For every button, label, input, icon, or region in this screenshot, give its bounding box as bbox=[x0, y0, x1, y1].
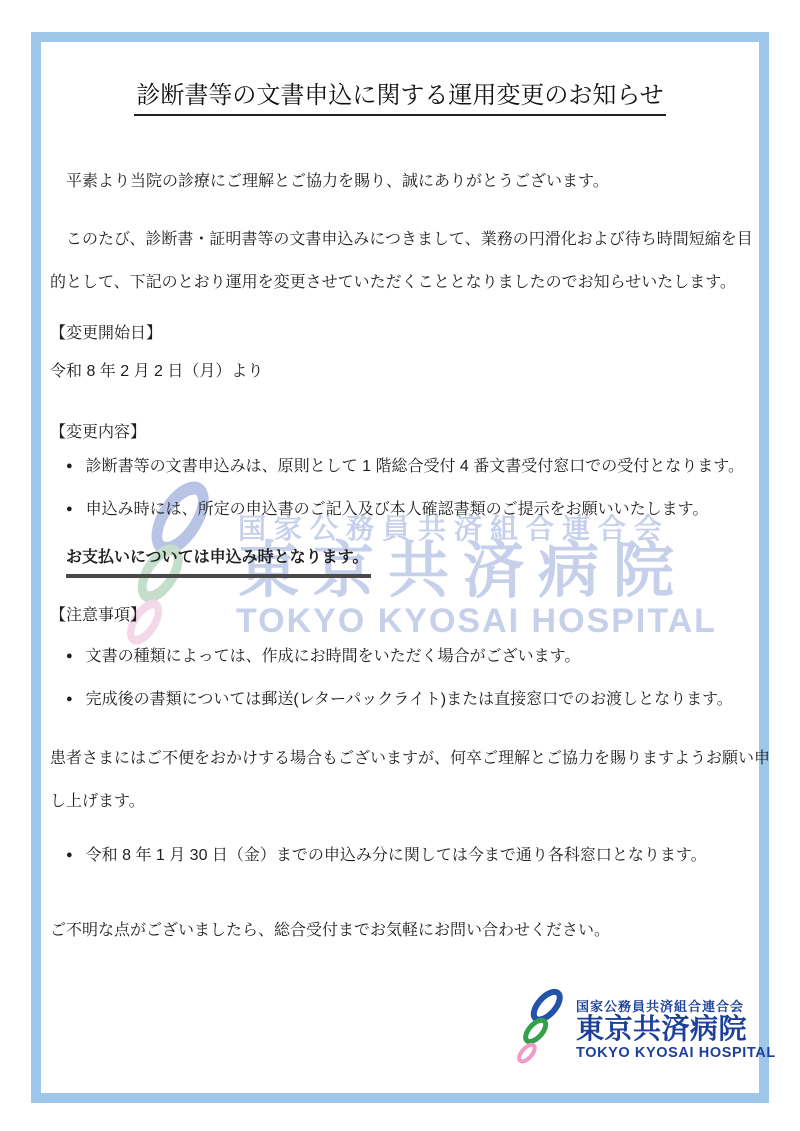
intro-paragraph: このたび、診断書・証明書等の文書申込みにつきまして、業務の円滑化および待ち時間短… bbox=[50, 218, 775, 304]
start-date-text: 令和 8 年 2 月 2 日（月）より bbox=[50, 350, 263, 393]
logo-hospital-name-jp: 東京共済病院 bbox=[576, 1015, 776, 1043]
bullet-icon: ● bbox=[66, 678, 73, 721]
greeting-paragraph: 平素より当院の診療にご理解とご協力を賜り、誠にありがとうございます。 bbox=[50, 160, 775, 203]
section-heading-notes: 【注意事項】 bbox=[50, 594, 146, 637]
logo-mark-icon bbox=[511, 987, 569, 1069]
change-item: ● 申込み時には、所定の申込書のご記入及び本人確認書類のご提示をお願いいたします… bbox=[66, 488, 766, 531]
prior-applications-item: ● 令和 8 年 1 月 30 日（金）までの申込み分に関しては今まで通り各科窓… bbox=[66, 834, 766, 877]
contact-paragraph: ご不明な点がございましたら、総合受付までお気軽にお問い合わせください。 bbox=[50, 909, 610, 952]
bullet-icon: ● bbox=[66, 488, 73, 531]
logo-text-block: 国家公務員共済組合連合会 東京共済病院 TOKYO KYOSAI HOSPITA… bbox=[576, 987, 776, 1069]
logo-organization: 国家公務員共済組合連合会 bbox=[576, 1000, 776, 1014]
hospital-logo: 国家公務員共済組合連合会 東京共済病院 TOKYO KYOSAI HOSPITA… bbox=[511, 987, 776, 1069]
bullet-icon: ● bbox=[66, 635, 73, 678]
prior-applications-text: 令和 8 年 1 月 30 日（金）までの申込み分に関しては今まで通り各科窓口と… bbox=[86, 834, 707, 877]
notice-page: 国家公務員共済組合連合会 東京共済病院 TOKYO KYOSAI HOSPITA… bbox=[0, 0, 800, 1131]
note-item-text: 完成後の書類については郵送(レターパックライト)または直接窓口でのお渡しとなりま… bbox=[86, 678, 733, 721]
note-item-text: 文書の種類によっては、作成にお時間をいただく場合がございます。 bbox=[86, 635, 581, 678]
bullet-icon: ● bbox=[66, 834, 73, 877]
apology-paragraph: 患者さまにはご不便をおかけする場合もございますが、何卒ご理解とご協力を賜りますよ… bbox=[50, 737, 775, 823]
payment-note: お支払いについては申込み時となります。 bbox=[66, 548, 371, 578]
section-heading-start-date: 【変更開始日】 bbox=[50, 312, 162, 355]
change-item-text: 診断書等の文書申込みは、原則として 1 階総合受付 4 番文書受付窓口での受付と… bbox=[86, 445, 744, 488]
change-item: ● 診断書等の文書申込みは、原則として 1 階総合受付 4 番文書受付窓口での受… bbox=[66, 445, 766, 488]
note-item: ● 文書の種類によっては、作成にお時間をいただく場合がございます。 bbox=[66, 635, 766, 678]
change-item-text: 申込み時には、所定の申込書のご記入及び本人確認書類のご提示をお願いいたします。 bbox=[86, 488, 709, 531]
bullet-icon: ● bbox=[66, 445, 73, 488]
note-item: ● 完成後の書類については郵送(レターパックライト)または直接窓口でのお渡しとな… bbox=[66, 678, 766, 721]
logo-hospital-name-en: TOKYO KYOSAI HOSPITAL bbox=[576, 1046, 776, 1061]
notice-title: 診断書等の文書申込に関する運用変更のお知らせ bbox=[0, 82, 800, 116]
